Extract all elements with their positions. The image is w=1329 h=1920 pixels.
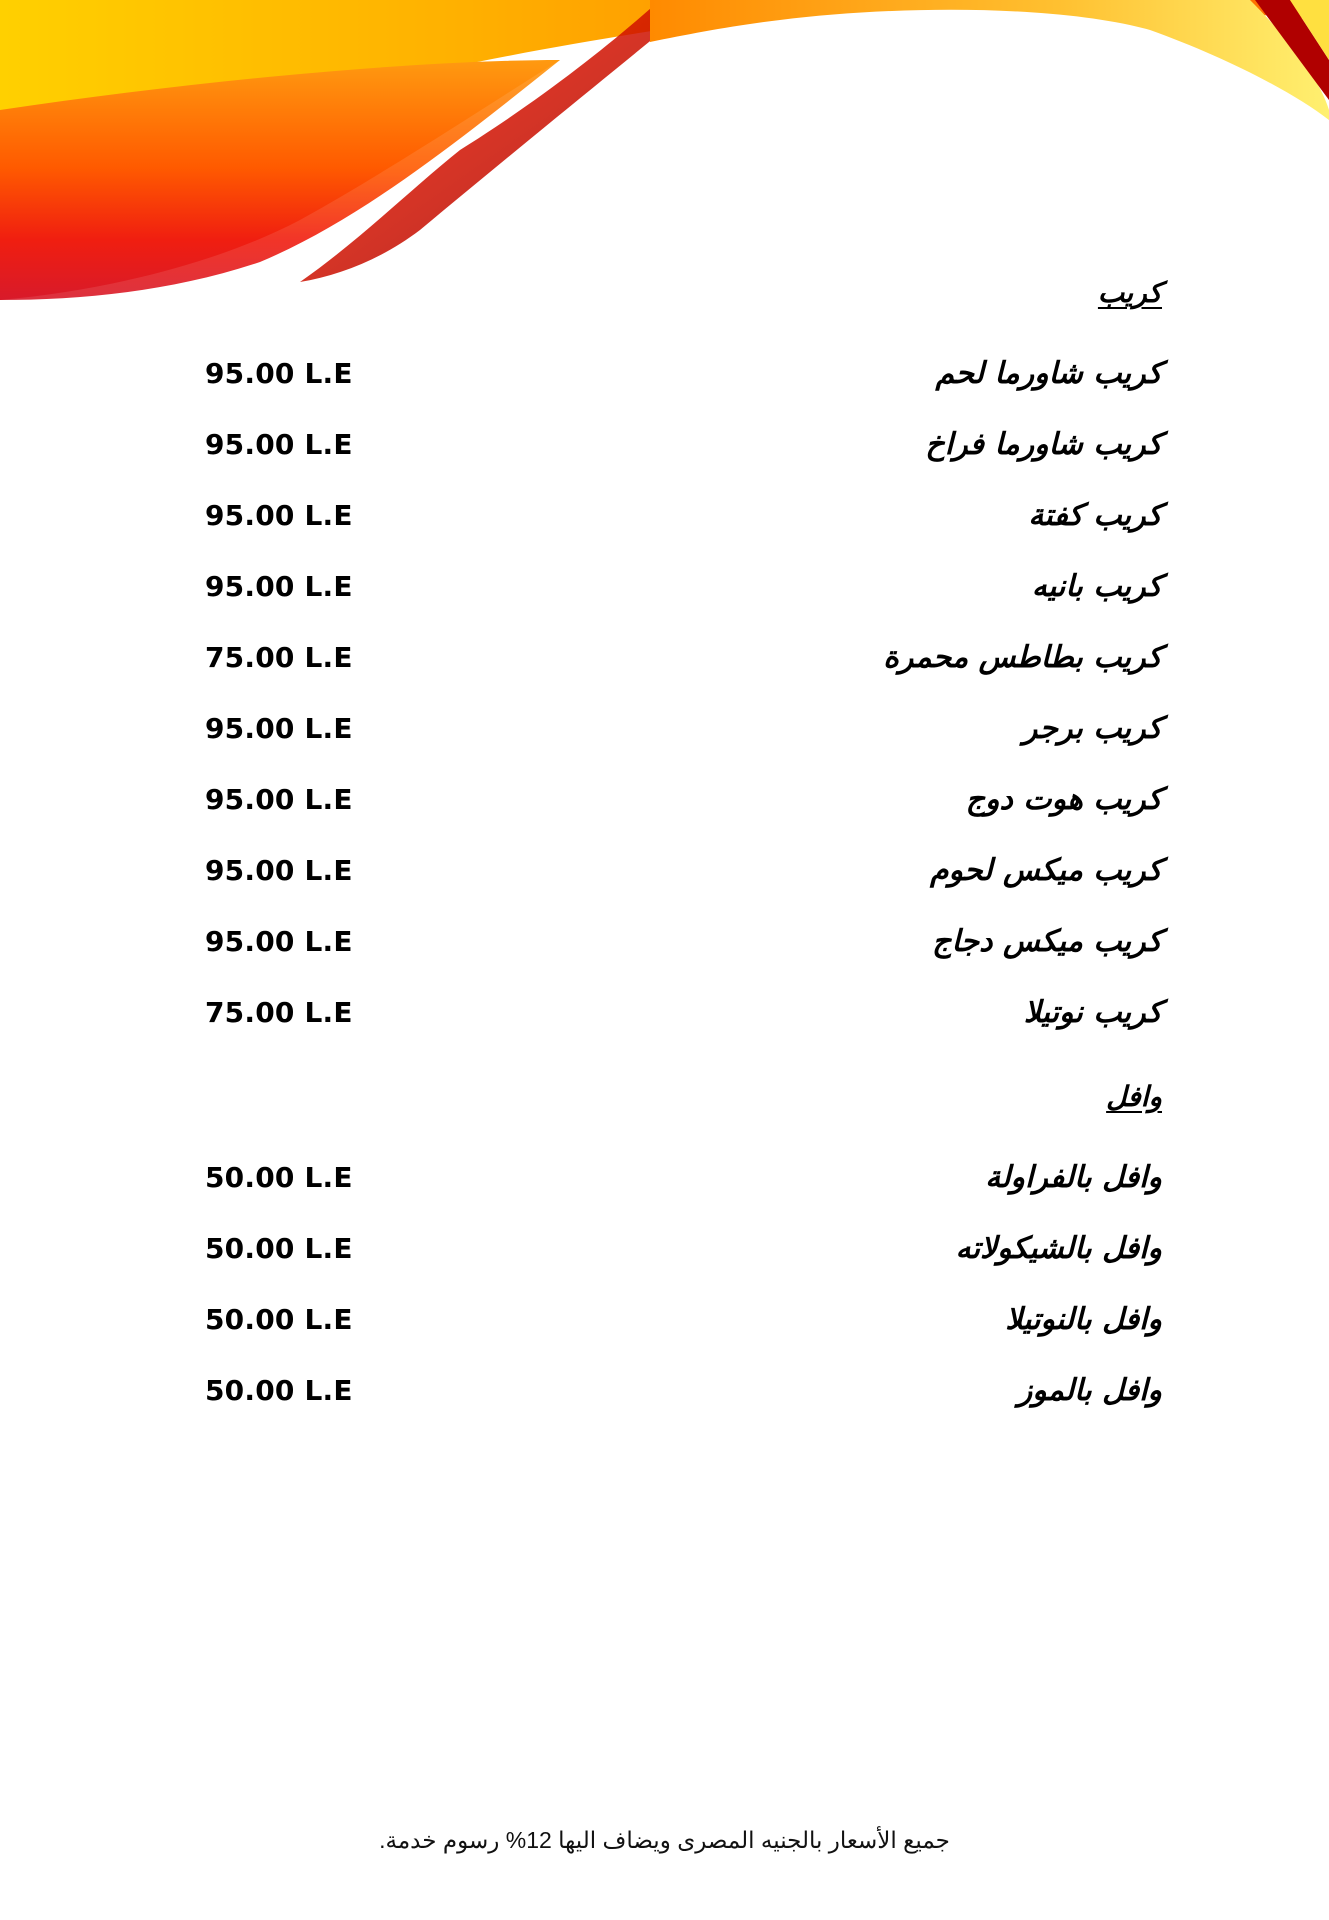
item-name: وافل بالنوتيلا — [1005, 1295, 1162, 1345]
item-price: 95.00 L.E — [205, 562, 353, 612]
menu-item: كريب بطاطس محمرة 75.00 L.E — [0, 633, 1329, 683]
decorative-swoosh-banner — [0, 0, 1329, 320]
item-price: 95.00 L.E — [205, 420, 353, 470]
item-price: 95.00 L.E — [205, 917, 353, 967]
item-price: 95.00 L.E — [205, 846, 353, 896]
item-name: كريب ميكس لحوم — [930, 846, 1162, 896]
item-name: كريب شاورما لحم — [936, 349, 1162, 399]
menu-item: كريب نوتيلا 75.00 L.E — [0, 988, 1329, 1038]
item-price: 75.00 L.E — [205, 633, 353, 683]
item-name: كريب بطاطس محمرة — [883, 633, 1162, 683]
item-name: وافل بالموز — [1018, 1366, 1162, 1416]
menu-item: كريب شاورما لحم 95.00 L.E — [0, 349, 1329, 399]
section-title-waffle: وافل — [1106, 1077, 1162, 1117]
menu-item: وافل بالموز 50.00 L.E — [0, 1366, 1329, 1416]
menu-item: كريب بانيه 95.00 L.E — [0, 562, 1329, 612]
service-charge-note: جميع الأسعار بالجنيه المصرى ويضاف اليها … — [0, 1822, 1329, 1858]
menu-item: كريب شاورما فراخ 95.00 L.E — [0, 420, 1329, 470]
item-name: كريب هوت دوج — [966, 775, 1162, 825]
item-name: كريب نوتيلا — [1024, 988, 1162, 1038]
menu-item: كريب هوت دوج 95.00 L.E — [0, 775, 1329, 825]
item-price: 50.00 L.E — [205, 1295, 353, 1345]
menu-item: كريب برجر 95.00 L.E — [0, 704, 1329, 754]
item-price: 50.00 L.E — [205, 1366, 353, 1416]
item-price: 95.00 L.E — [205, 775, 353, 825]
item-name: كريب شاورما فراخ — [925, 420, 1162, 470]
menu-item: كريب ميكس دجاج 95.00 L.E — [0, 917, 1329, 967]
item-name: كريب ميكس دجاج — [932, 917, 1162, 967]
item-name: كريب بانيه — [1032, 562, 1162, 612]
section-title-crepe: كريب — [1098, 273, 1162, 313]
item-price: 50.00 L.E — [205, 1153, 353, 1203]
item-name: كريب برجر — [1023, 704, 1162, 754]
item-name: وافل بالشيكولاته — [956, 1224, 1162, 1274]
menu-item: وافل بالفراولة 50.00 L.E — [0, 1153, 1329, 1203]
menu-item: وافل بالنوتيلا 50.00 L.E — [0, 1295, 1329, 1345]
item-name: وافل بالفراولة — [985, 1153, 1162, 1203]
menu-item: كريب كفتة 95.00 L.E — [0, 491, 1329, 541]
item-price: 95.00 L.E — [205, 704, 353, 754]
item-price: 50.00 L.E — [205, 1224, 353, 1274]
menu-item: كريب ميكس لحوم 95.00 L.E — [0, 846, 1329, 896]
item-price: 75.00 L.E — [205, 988, 353, 1038]
menu-item: وافل بالشيكولاته 50.00 L.E — [0, 1224, 1329, 1274]
item-price: 95.00 L.E — [205, 491, 353, 541]
item-name: كريب كفتة — [1028, 491, 1162, 541]
item-price: 95.00 L.E — [205, 349, 353, 399]
